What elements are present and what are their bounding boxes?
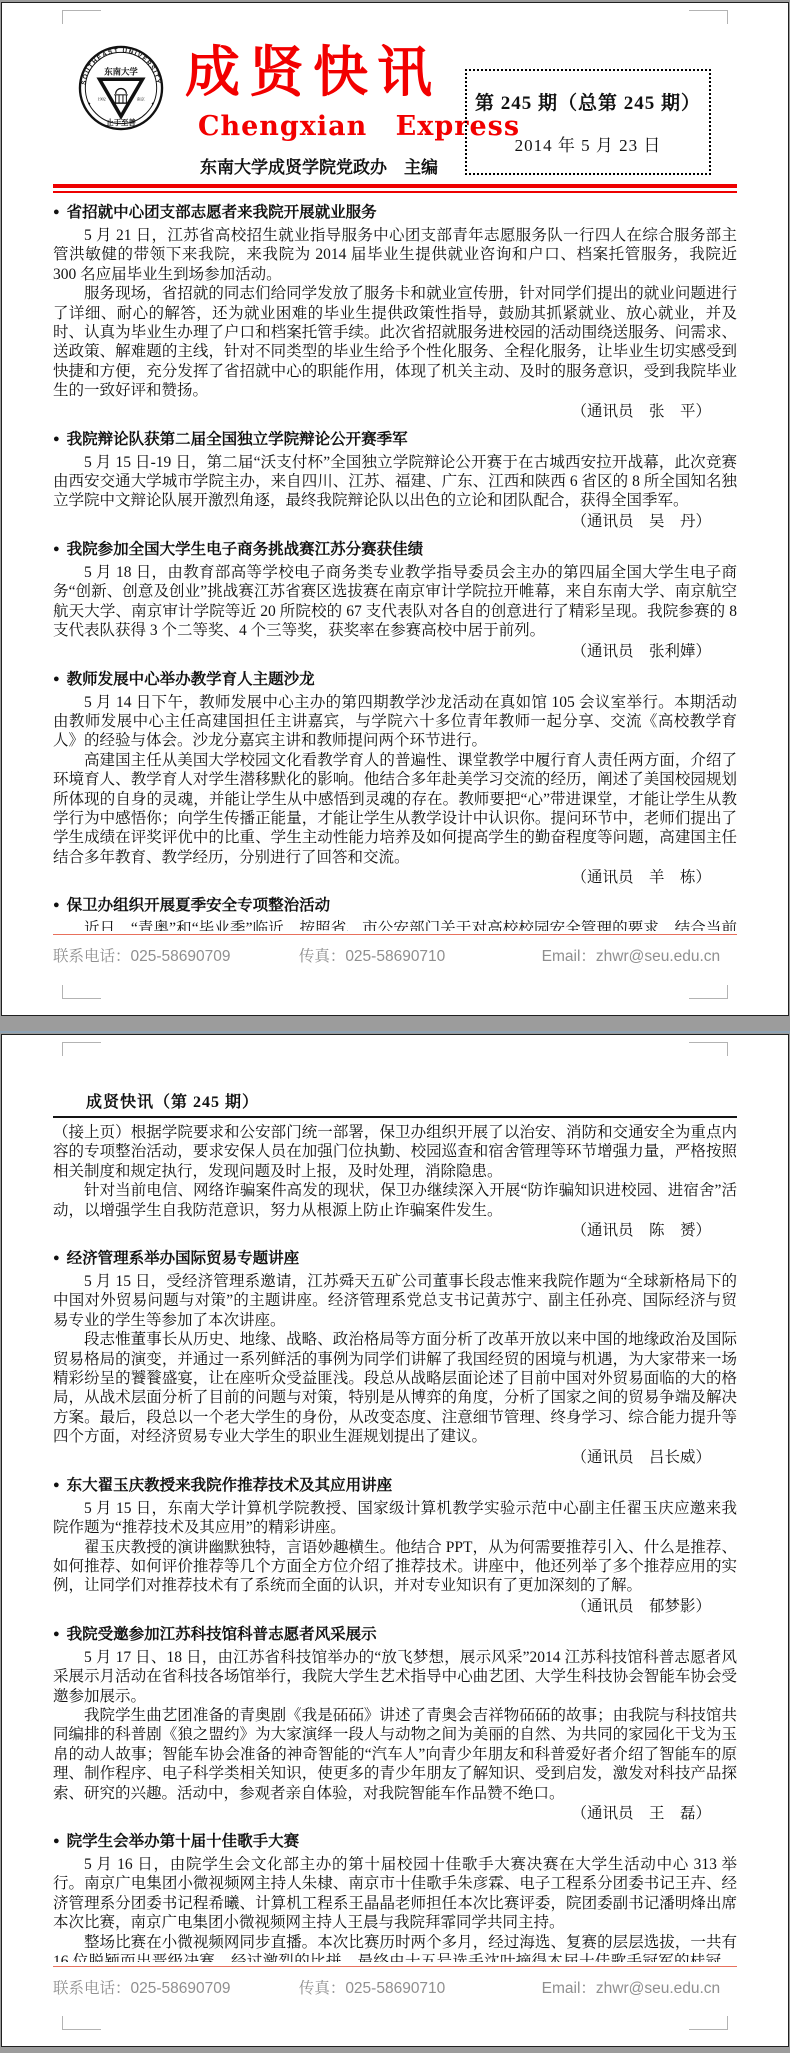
crop-mark-icon <box>689 2016 728 2030</box>
issue-number: 第 245 期（总第 245 期） <box>475 88 701 115</box>
editor-line: 东南大学成贤学院党政办 主编 <box>200 153 438 178</box>
article-byline: （通讯员 郁梦影） <box>53 1597 737 1617</box>
article-paragraph: 5 月 15 日-19 日，第二届“沃支付杯”全国独立学院辩论公开赛于在古城西安… <box>53 453 737 511</box>
newsletter-page-1: SOUTHEAST UNIVERSITY 东南大学 1902 南京 止于至善 成… <box>1 2 789 1016</box>
page-separator <box>0 1031 790 1033</box>
article-byline: （通讯员 张 平） <box>53 402 737 422</box>
article-byline: （通讯员 吴 丹） <box>53 512 737 532</box>
article-paragraph: 5 月 17 日、18 日，由江苏省科技馆举办的“放飞梦想，展示风采”2014 … <box>53 1648 737 1706</box>
bullet-icon: ● <box>53 1628 60 1640</box>
article-paragraph: 高建国主任从美国大学校园文化看教学育人的普遍性、课堂教学中履行育人责任两方面，介… <box>53 751 737 867</box>
seal-city: 南京 <box>137 96 145 102</box>
bullet-icon: ● <box>53 899 60 911</box>
bullet-icon: ● <box>53 1252 60 1264</box>
footer-phone: 联系电话：025-58690709 <box>53 1980 231 1997</box>
issue-box: 第 245 期（总第 245 期） 2014 年 5 月 23 日 <box>465 69 711 175</box>
article-paragraph: （接上页）根据学院要求和公安部门统一部署，保卫办组织开展了以治安、消防和交通安全… <box>53 1123 737 1181</box>
article-byline: （通讯员 陈 赟） <box>53 1221 737 1241</box>
bullet-icon: ● <box>53 1835 60 1847</box>
newsletter-page-2: 成贤快讯（第 245 期） （接上页）根据学院要求和公安部门统一部署，保卫办组织… <box>1 1034 789 2047</box>
article-paragraph: 5 月 14 日下午，教师发展中心主办的第四期教学沙龙活动在真如馆 105 会议… <box>53 693 737 751</box>
running-header-text: 成贤快讯（第 245 期） <box>86 1089 259 1112</box>
article-paragraph: 针对当前电信、网络诈骗案件高发的现状，保卫办继续深入开展“防诈骗知识进校园、进宿… <box>53 1181 737 1220</box>
article-title: ●我院参加全国大学生电子商务挑战赛江苏分赛获佳绩 <box>53 539 737 560</box>
footer-email: Email：zhwr@seu.edu.cn <box>542 1980 721 1997</box>
bullet-icon: ● <box>53 433 60 445</box>
page2-articles: （接上页）根据学院要求和公安部门统一部署，保卫办组织开展了以治安、消防和交通安全… <box>53 1123 737 1962</box>
article-title: ●省招就中心团支部志愿者来我院开展就业服务 <box>53 202 737 223</box>
article-paragraph: 近日，“青奥”和“毕业季”临近，按照省、市公安部门关于对高校校园安全管理的要求，… <box>53 919 737 931</box>
issue-date: 2014 年 5 月 23 日 <box>515 131 662 156</box>
bullet-icon: ● <box>53 673 60 685</box>
article-paragraph: 5 月 16 日，由院学生会文化部主办的第十届校园十佳歌手大赛决赛在大学生活动中… <box>53 1855 737 1933</box>
article-byline: （通讯员 羊 栋） <box>53 868 737 888</box>
article-title: ●教师发展中心举办教学育人主题沙龙 <box>53 669 737 690</box>
article-paragraph: 翟玉庆教授的演讲幽默独特，言语妙趣横生。他结合 PPT，从为何需要推荐引入、什么… <box>53 1538 737 1596</box>
seal-motto: 止于至善 <box>106 117 136 127</box>
newsletter-title-cn: 成贤快讯 <box>185 41 475 103</box>
article-paragraph: 段志惟董事长从历史、地缘、战略、政治格局等方面分析了改革开放以来中国的地缘政治及… <box>53 1330 737 1446</box>
article-title: ●院学生会举办第十届十佳歌手大赛 <box>53 1831 737 1852</box>
footer-email: Email：zhwr@seu.edu.cn <box>542 948 721 965</box>
seal-year: 1902 <box>98 97 106 102</box>
running-header-rule <box>53 1116 737 1118</box>
article-title: ●保卫办组织开展夏季安全专项整治活动 <box>53 895 737 916</box>
article-title: ●东大翟玉庆教授来我院作推荐技术及其应用讲座 <box>53 1475 737 1496</box>
crop-mark-icon <box>62 1042 101 1056</box>
bullet-icon: ● <box>53 206 60 218</box>
bullet-icon: ● <box>53 543 60 555</box>
seu-seal-icon: SOUTHEAST UNIVERSITY 东南大学 1902 南京 止于至善 <box>78 43 164 133</box>
footer-fax: 传真：025-58690710 <box>299 948 446 965</box>
footer-fax: 传真：025-58690710 <box>299 1980 446 1997</box>
bullet-icon: ● <box>53 1479 60 1491</box>
document-canvas: SOUTHEAST UNIVERSITY 东南大学 1902 南京 止于至善 成… <box>0 0 790 2053</box>
article-paragraph: 5 月 15 日，东南大学计算机学院教授、国家级计算机教学实验示范中心副主任翟玉… <box>53 1499 737 1538</box>
seal-cn-name: 东南大学 <box>104 66 138 76</box>
article-paragraph: 5 月 21 日，江苏省高校招生就业指导服务中心团支部青年志愿服务队一行四人在综… <box>53 226 737 284</box>
page2-running-header: 成贤快讯（第 245 期） <box>53 1089 737 1118</box>
article-title: ●我院辩论队获第二届全国独立学院辩论公开赛季军 <box>53 429 737 450</box>
article-paragraph: 服务现场，省招就的同志们给同学发放了服务卡和就业宣传册，针对同学们提出的就业问题… <box>53 284 737 400</box>
footer-phone: 联系电话：025-58690709 <box>53 948 231 965</box>
masthead: SOUTHEAST UNIVERSITY 东南大学 1902 南京 止于至善 成… <box>2 3 788 199</box>
page-footer: 联系电话：025-58690709 传真：025-58690710 Email：… <box>53 934 737 966</box>
article-paragraph: 5 月 15 日，受经济管理系邀请，江苏舜天五矿公司董事长段志惟来我院作题为“全… <box>53 1272 737 1330</box>
article-byline: （通讯员 王 磊） <box>53 1804 737 1824</box>
page1-articles: ●省招就中心团支部志愿者来我院开展就业服务 5 月 21 日，江苏省高校招生就业… <box>53 200 737 931</box>
article-byline: （通讯员 吕长威） <box>53 1448 737 1468</box>
article-paragraph: 5 月 18 日，由教育部高等学校电子商务类专业教学指导委员会主办的第四届全国大… <box>53 563 737 641</box>
article-paragraph: 整场比赛在小微视频网同步直播。本次比赛历时两个多月，经过海选、复赛的层层选拔，一… <box>53 1933 737 1962</box>
crop-mark-icon <box>62 985 101 999</box>
crop-mark-icon <box>62 2016 101 2030</box>
article-title: ●经济管理系举办国际贸易专题讲座 <box>53 1248 737 1269</box>
page-footer: 联系电话：025-58690709 传真：025-58690710 Email：… <box>53 1966 737 1998</box>
crop-mark-icon <box>689 985 728 999</box>
masthead-divider <box>53 184 737 193</box>
article-title: ●我院受邀参加江苏科技馆科普志愿者风采展示 <box>53 1624 737 1645</box>
crop-mark-icon <box>689 1042 728 1056</box>
article-byline: （通讯员 张利嬅） <box>53 642 737 662</box>
article-paragraph: 我院学生曲艺团准备的青奥剧《我是砳砳》讲述了青奥会吉祥物砳砳的故事；由我院与科技… <box>53 1706 737 1803</box>
